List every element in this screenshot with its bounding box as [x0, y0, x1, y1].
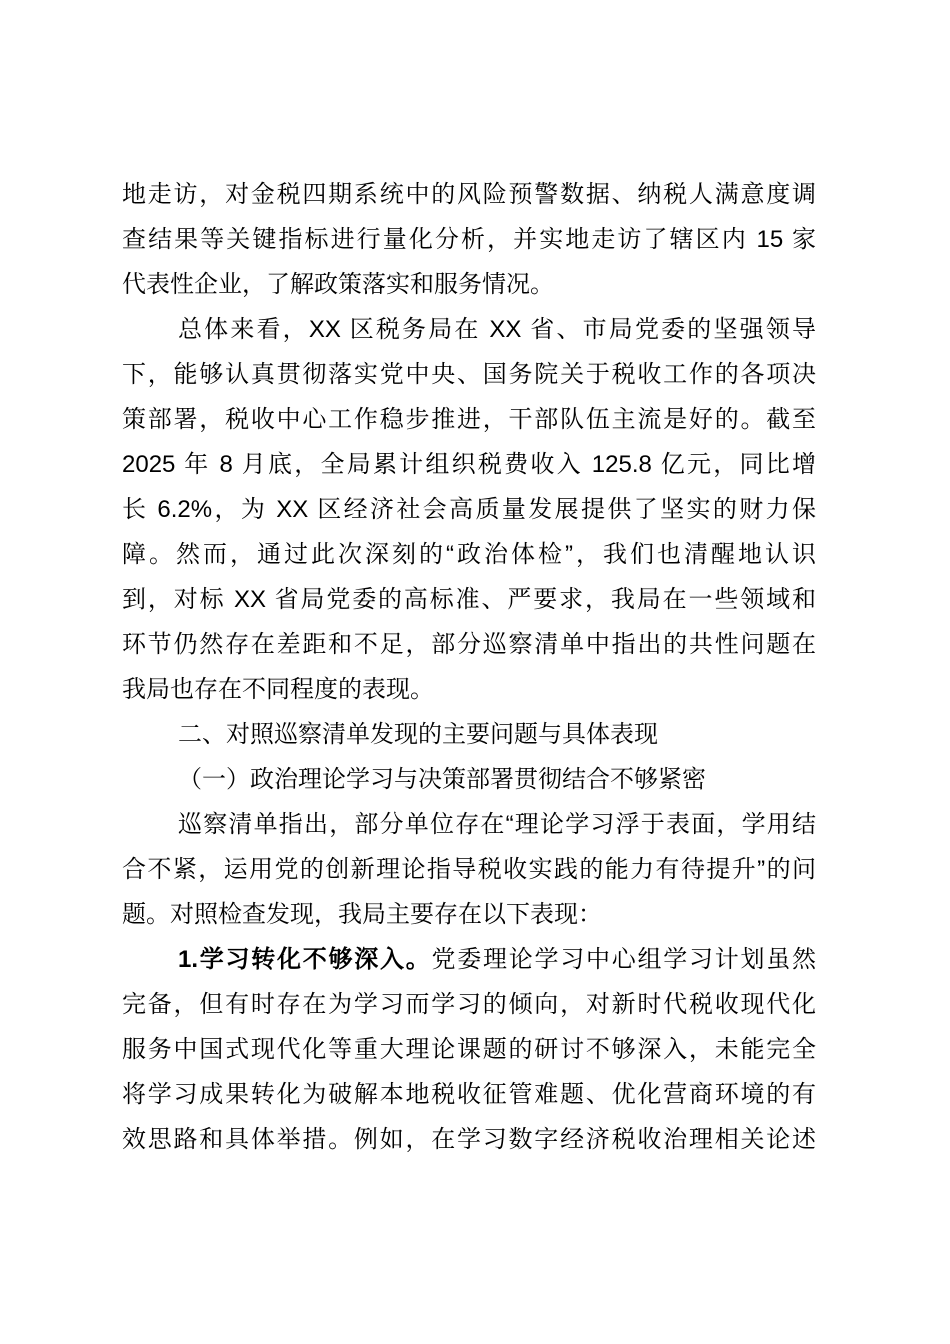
text-line: 策部署，税收中心工作稳步推进，干部队伍主流是好的。截至 [122, 397, 816, 442]
text-line: 2025 年 8 月底，全局累计组织税费收入 125.8 亿元，同比增 [122, 442, 816, 487]
document-page: 地走访，对金税四期系统中的风险预警数据、纳税人满意度调查结果等关键指标进行量化分… [0, 0, 950, 1344]
text-line: 合不紧，运用党的创新理论指导税收实践的能力有待提升”的问 [122, 847, 816, 892]
text-line: 障。然而，通过此次深刻的“政治体检”，我们也清醒地认识 [122, 532, 816, 577]
text-line: 完备，但有时存在为学习而学习的倾向，对新时代税收现代化 [122, 982, 816, 1027]
text-line: 地走访，对金税四期系统中的风险预警数据、纳税人满意度调 [122, 172, 816, 217]
text-line: 将学习成果转化为破解本地税收征管难题、优化营商环境的有 [122, 1072, 816, 1117]
text-line: 查结果等关键指标进行量化分析，并实地走访了辖区内 15 家 [122, 217, 816, 262]
text-line: 二、对照巡察清单发现的主要问题与具体表现 [122, 712, 816, 757]
text-line: 下，能够认真贯彻落实党中央、国务院关于税收工作的各项决 [122, 352, 816, 397]
text-line: 服务中国式现代化等重大理论课题的研讨不够深入，未能完全 [122, 1027, 816, 1072]
document-body: 地走访，对金税四期系统中的风险预警数据、纳税人满意度调查结果等关键指标进行量化分… [122, 172, 816, 1162]
bold-run: 1.学习转化不够深入。 [178, 946, 432, 973]
text-line: （一）政治理论学习与决策部署贯彻结合不够紧密 [122, 757, 816, 802]
text-line: 长 6.2%，为 XX 区经济社会高质量发展提供了坚实的财力保 [122, 487, 816, 532]
text-line: 题。对照检查发现，我局主要存在以下表现： [122, 892, 816, 937]
text-line: 我局也存在不同程度的表现。 [122, 667, 816, 712]
text-line: 代表性企业，了解政策落实和服务情况。 [122, 262, 816, 307]
text-line: 巡察清单指出，部分单位存在“理论学习浮于表面，学用结 [122, 802, 816, 847]
text-line: 1.学习转化不够深入。党委理论学习中心组学习计划虽然 [122, 937, 816, 982]
text-line: 到，对标 XX 省局党委的高标准、严要求，我局在一些领域和 [122, 577, 816, 622]
text-line: 环节仍然存在差距和不足，部分巡察清单中指出的共性问题在 [122, 622, 816, 667]
text-line: 总体来看，XX 区税务局在 XX 省、市局党委的坚强领导 [122, 307, 816, 352]
text-line: 效思路和具体举措。例如，在学习数字经济税收治理相关论述 [122, 1117, 816, 1162]
